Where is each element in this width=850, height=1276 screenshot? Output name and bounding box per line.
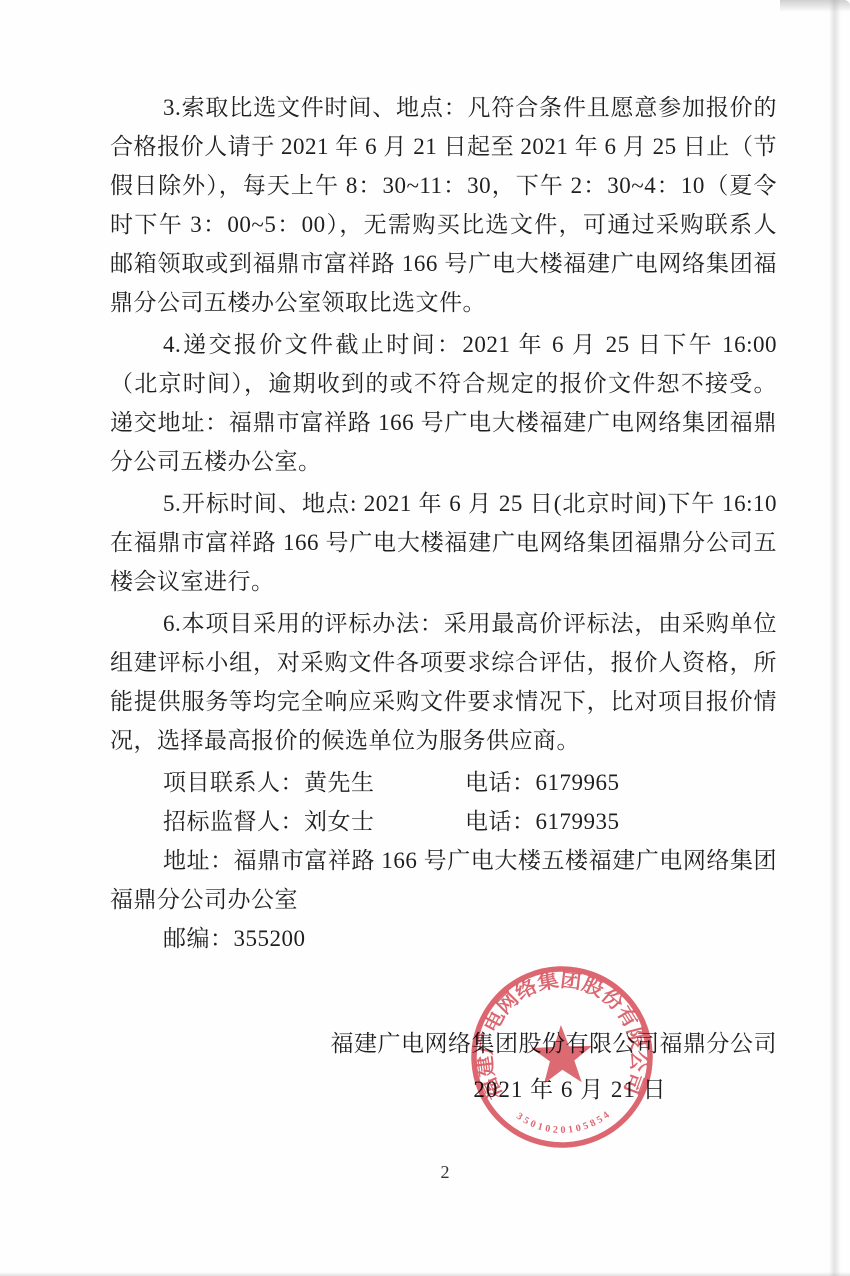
supervisor-contact-label: 招标监督人：刘女士	[163, 802, 465, 841]
scanned-document-page: 3.索取比选文件时间、地点：凡符合条件且愿意参加报价的合格报价人请于 2021 …	[0, 0, 850, 1276]
official-company-seal: 福建广电网络集团股份有限公司 3501020105854	[453, 948, 670, 1165]
contact-section: 项目联系人：黄先生 电话：6179965 招标监督人：刘女士 电话：617993…	[110, 763, 777, 958]
contact-row-project: 项目联系人：黄先生 电话：6179965	[110, 763, 777, 802]
scan-edge-artifact-right	[829, 0, 841, 1276]
page-number: 2	[0, 1162, 850, 1183]
address-line: 地址：福鼎市富祥路 166 号广电大楼五楼福建广电网络集团福鼎分公司办公室	[110, 841, 777, 919]
seal-registration-number: 3501020105854	[514, 1108, 615, 1138]
postal-code-line: 邮编：355200	[110, 919, 777, 958]
scan-edge-artifact-bottom	[0, 1272, 850, 1276]
project-contact-phone: 电话：6179965	[465, 763, 777, 802]
contact-row-supervisor: 招标监督人：刘女士 电话：6179935	[110, 802, 777, 841]
paragraph-evaluation-method: 6.本项目采用的评标办法：采用最高价评标法，由采购单位组建评标小组，对采购文件各…	[110, 604, 777, 760]
supervisor-contact-phone: 电话：6179935	[465, 802, 777, 841]
paragraph-submission-deadline: 4.递交报价文件截止时间：2021 年 6 月 25 日下午 16:00（北京时…	[110, 325, 777, 481]
signature-company-name: 福建广电网络集团股份有限公司福鼎分公司	[110, 1028, 777, 1060]
seal-graphic: 福建广电网络集团股份有限公司 3501020105854	[453, 948, 670, 1165]
scan-edge-artifact-top-right	[780, 0, 850, 12]
seal-star-icon	[531, 1024, 594, 1084]
paragraph-bid-opening: 5.开标时间、地点: 2021 年 6 月 25 日(北京时间)下午 16:10…	[110, 484, 777, 601]
notice-body: 3.索取比选文件时间、地点：凡符合条件且愿意参加报价的合格报价人请于 2021 …	[110, 88, 777, 958]
paragraph-obtain-documents: 3.索取比选文件时间、地点：凡符合条件且愿意参加报价的合格报价人请于 2021 …	[110, 88, 777, 322]
project-contact-label: 项目联系人：黄先生	[163, 763, 465, 802]
